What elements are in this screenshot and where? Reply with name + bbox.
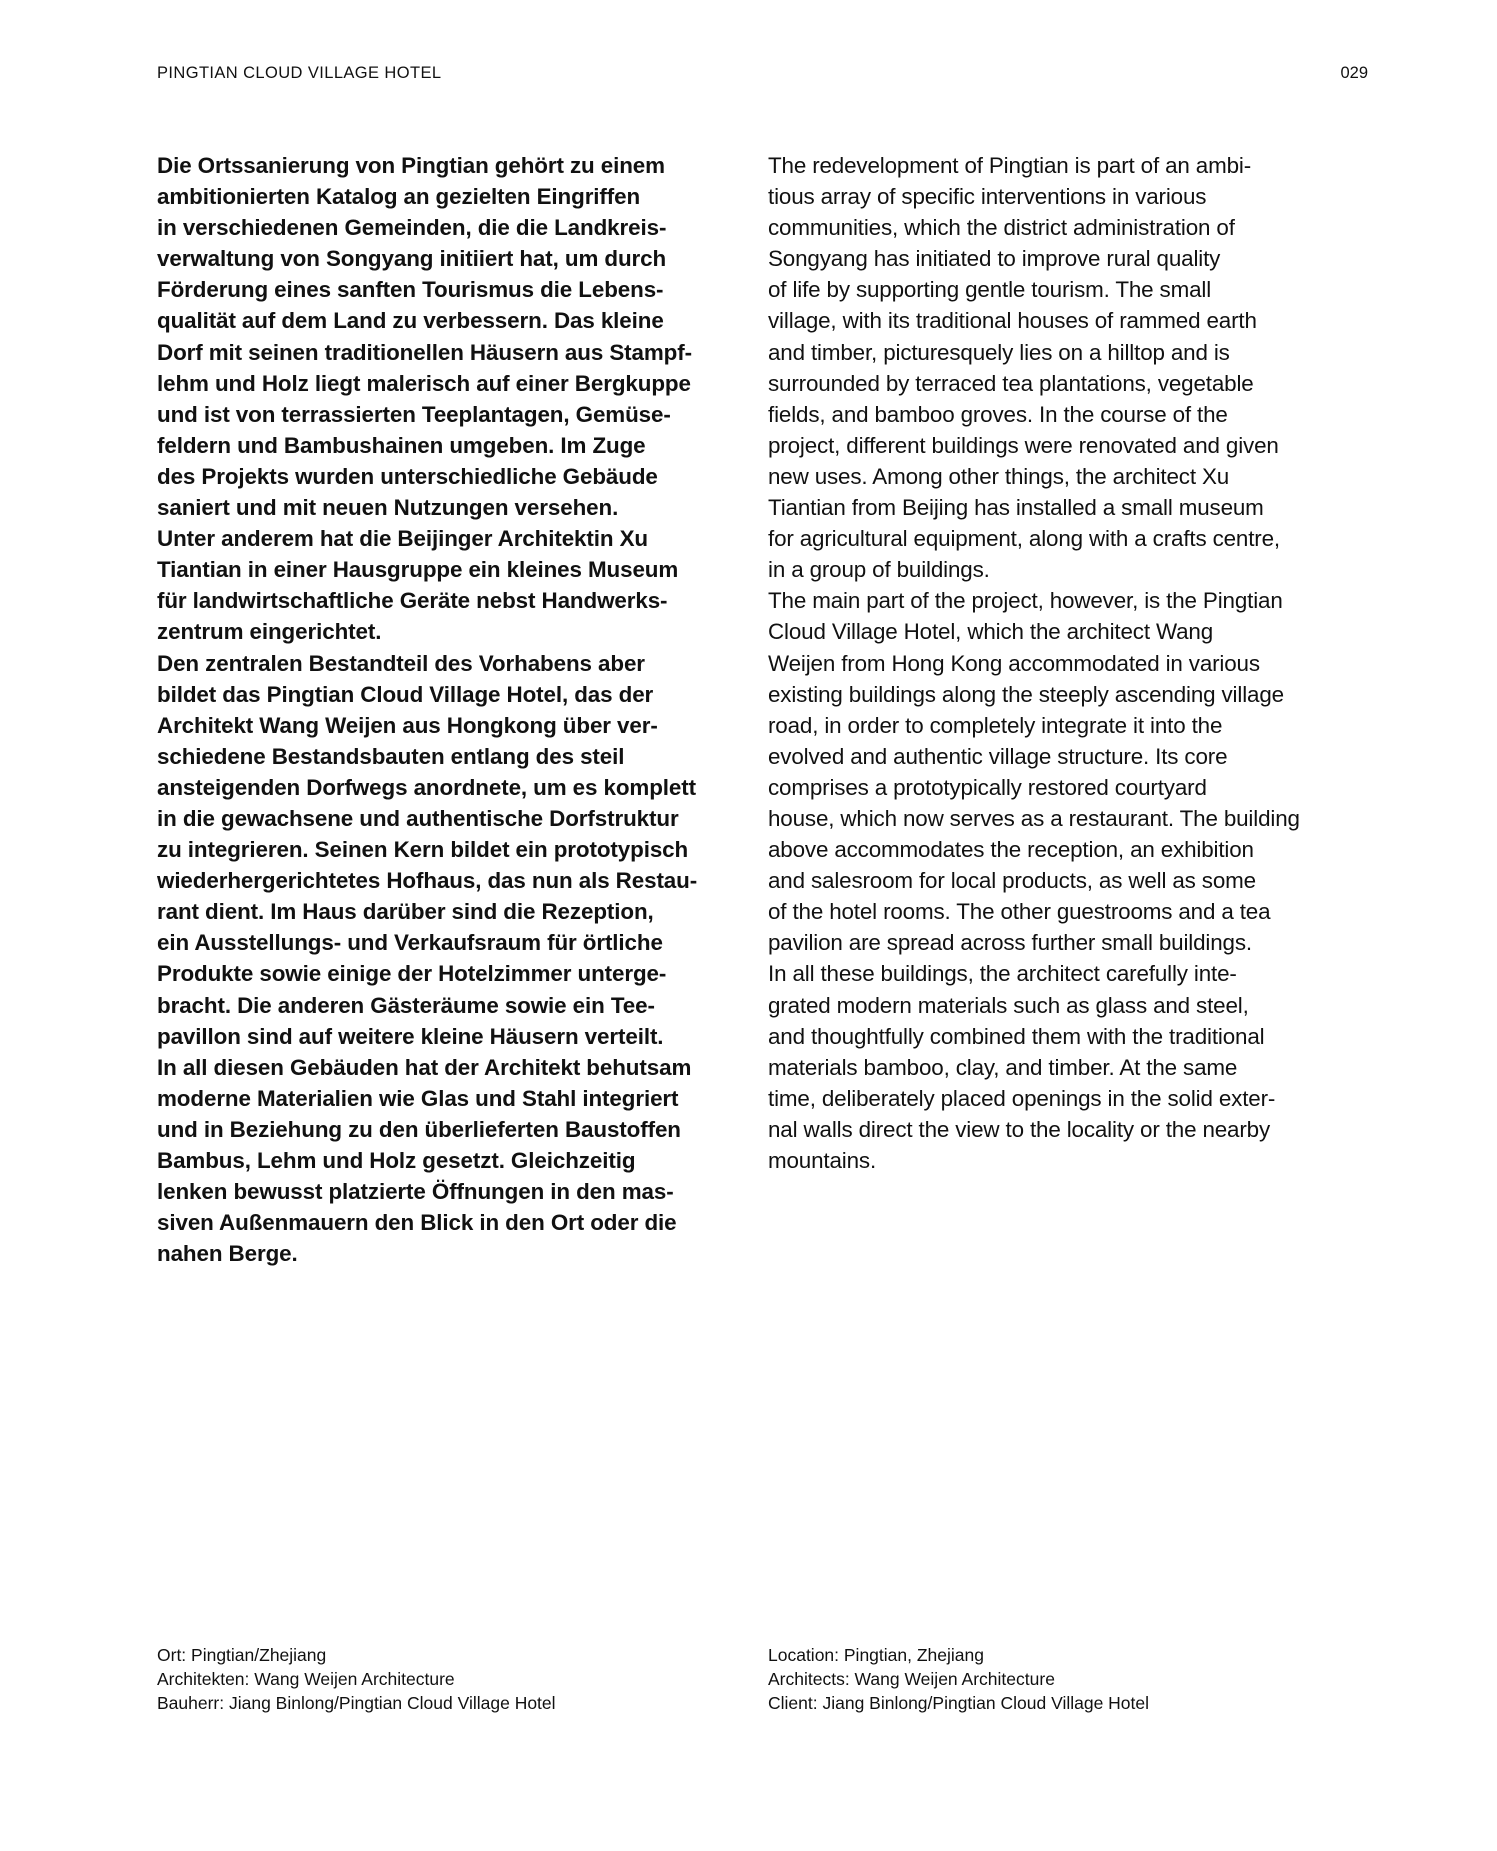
english-line: project, different buildings were renova… bbox=[768, 430, 1368, 461]
german-line: Den zentralen Bestandteil des Vorhabens … bbox=[157, 648, 737, 679]
german-line: qualität auf dem Land zu verbessern. Das… bbox=[157, 305, 737, 336]
english-line: evolved and authentic village structure.… bbox=[768, 741, 1368, 772]
english-line: of life by supporting gentle tourism. Th… bbox=[768, 274, 1368, 305]
english-line: comprises a prototypically restored cour… bbox=[768, 772, 1368, 803]
german-line: siven Außenmauern den Blick in den Ort o… bbox=[157, 1207, 737, 1238]
english-line: fields, and bamboo groves. In the course… bbox=[768, 399, 1368, 430]
german-line: saniert und mit neuen Nutzungen versehen… bbox=[157, 492, 737, 523]
english-credits: Location: Pingtian, Zhejiang Architects:… bbox=[768, 1644, 1149, 1715]
german-line: und ist von terrassierten Teeplantagen, … bbox=[157, 399, 737, 430]
german-line: ein Ausstellungs- und Verkaufsraum für ö… bbox=[157, 927, 737, 958]
german-line: in die gewachsene und authentische Dorfs… bbox=[157, 803, 737, 834]
english-line: above accommodates the reception, an exh… bbox=[768, 834, 1368, 865]
german-line: schiedene Bestandsbauten entlang des ste… bbox=[157, 741, 737, 772]
english-line: house, which now serves as a restaurant.… bbox=[768, 803, 1368, 834]
german-line: pavillon sind auf weitere kleine Häusern… bbox=[157, 1021, 737, 1052]
english-line: In all these buildings, the architect ca… bbox=[768, 958, 1368, 989]
german-line: bildet das Pingtian Cloud Village Hotel,… bbox=[157, 679, 737, 710]
german-line: Architekt Wang Weijen aus Hongkong über … bbox=[157, 710, 737, 741]
german-line: Die Ortssanierung von Pingtian gehört zu… bbox=[157, 150, 737, 181]
german-line: feldern und Bambushainen umgeben. Im Zug… bbox=[157, 430, 737, 461]
english-line: mountains. bbox=[768, 1145, 1368, 1176]
english-line: of the hotel rooms. The other guestrooms… bbox=[768, 896, 1368, 927]
english-line: for agricultural equipment, along with a… bbox=[768, 523, 1368, 554]
german-line: des Projekts wurden unterschiedliche Geb… bbox=[157, 461, 737, 492]
english-line: The redevelopment of Pingtian is part of… bbox=[768, 150, 1368, 181]
english-line: existing buildings along the steeply asc… bbox=[768, 679, 1368, 710]
english-line: pavilion are spread across further small… bbox=[768, 927, 1368, 958]
english-line: Weijen from Hong Kong accommodated in va… bbox=[768, 648, 1368, 679]
credit-architects-en: Architects: Wang Weijen Architecture bbox=[768, 1668, 1149, 1692]
german-line: nahen Berge. bbox=[157, 1238, 737, 1269]
german-line: für landwirtschaftliche Geräte nebst Han… bbox=[157, 585, 737, 616]
german-line: lenken bewusst platzierte Öffnungen in d… bbox=[157, 1176, 737, 1207]
english-line: tious array of specific interventions in… bbox=[768, 181, 1368, 212]
german-line: Bambus, Lehm und Holz gesetzt. Gleichzei… bbox=[157, 1145, 737, 1176]
german-line: lehm und Holz liegt malerisch auf einer … bbox=[157, 368, 737, 399]
english-line: communities, which the district administ… bbox=[768, 212, 1368, 243]
german-line: Produkte sowie einige der Hotelzimmer un… bbox=[157, 958, 737, 989]
german-line: In all diesen Gebäuden hat der Architekt… bbox=[157, 1052, 737, 1083]
english-line: time, deliberately placed openings in th… bbox=[768, 1083, 1368, 1114]
english-line: Songyang has initiated to improve rural … bbox=[768, 243, 1368, 274]
german-line: Tiantian in einer Hausgruppe ein kleines… bbox=[157, 554, 737, 585]
english-line: and salesroom for local products, as wel… bbox=[768, 865, 1368, 896]
english-line: and thoughtfully combined them with the … bbox=[768, 1021, 1368, 1052]
english-line: and timber, picturesquely lies on a hill… bbox=[768, 337, 1368, 368]
english-line: grated modern materials such as glass an… bbox=[768, 990, 1368, 1021]
german-line: und in Beziehung zu den überlieferten Ba… bbox=[157, 1114, 737, 1145]
german-line: zu integrieren. Seinen Kern bildet ein p… bbox=[157, 834, 737, 865]
english-line: Tiantian from Beijing has installed a sm… bbox=[768, 492, 1368, 523]
english-line: Cloud Village Hotel, which the architect… bbox=[768, 616, 1368, 647]
german-line: Unter anderem hat die Beijinger Architek… bbox=[157, 523, 737, 554]
credit-location-de: Ort: Pingtian/Zhejiang bbox=[157, 1644, 556, 1668]
english-line: The main part of the project, however, i… bbox=[768, 585, 1368, 616]
german-line: Dorf mit seinen traditionellen Häusern a… bbox=[157, 337, 737, 368]
german-line: Förderung eines sanften Tourismus die Le… bbox=[157, 274, 737, 305]
german-line: verwaltung von Songyang initiiert hat, u… bbox=[157, 243, 737, 274]
german-text-column: Die Ortssanierung von Pingtian gehört zu… bbox=[157, 150, 737, 1269]
english-text-column: The redevelopment of Pingtian is part of… bbox=[768, 150, 1368, 1176]
credit-location-en: Location: Pingtian, Zhejiang bbox=[768, 1644, 1149, 1668]
credit-client-en: Client: Jiang Binlong/Pingtian Cloud Vil… bbox=[768, 1692, 1149, 1716]
english-line: village, with its traditional houses of … bbox=[768, 305, 1368, 336]
english-line: surrounded by terraced tea plantations, … bbox=[768, 368, 1368, 399]
german-line: wiederhergerichtetes Hofhaus, das nun al… bbox=[157, 865, 737, 896]
credit-architects-de: Architekten: Wang Weijen Architecture bbox=[157, 1668, 556, 1692]
english-line: nal walls direct the view to the localit… bbox=[768, 1114, 1368, 1145]
german-line: ambitionierten Katalog an gezielten Eing… bbox=[157, 181, 737, 212]
german-line: zentrum eingerichtet. bbox=[157, 616, 737, 647]
german-line: ansteigenden Dorfwegs anordnete, um es k… bbox=[157, 772, 737, 803]
credit-client-de: Bauherr: Jiang Binlong/Pingtian Cloud Vi… bbox=[157, 1692, 556, 1716]
page-number: 029 bbox=[1340, 63, 1368, 83]
german-line: in verschiedenen Gemeinden, die die Land… bbox=[157, 212, 737, 243]
running-header-title: PINGTIAN CLOUD VILLAGE HOTEL bbox=[157, 63, 441, 83]
german-line: moderne Materialien wie Glas und Stahl i… bbox=[157, 1083, 737, 1114]
german-credits: Ort: Pingtian/Zhejiang Architekten: Wang… bbox=[157, 1644, 556, 1715]
english-line: materials bamboo, clay, and timber. At t… bbox=[768, 1052, 1368, 1083]
german-line: rant dient. Im Haus darüber sind die Rez… bbox=[157, 896, 737, 927]
english-line: road, in order to completely integrate i… bbox=[768, 710, 1368, 741]
english-line: in a group of buildings. bbox=[768, 554, 1368, 585]
english-line: new uses. Among other things, the archit… bbox=[768, 461, 1368, 492]
german-line: bracht. Die anderen Gästeräume sowie ein… bbox=[157, 990, 737, 1021]
